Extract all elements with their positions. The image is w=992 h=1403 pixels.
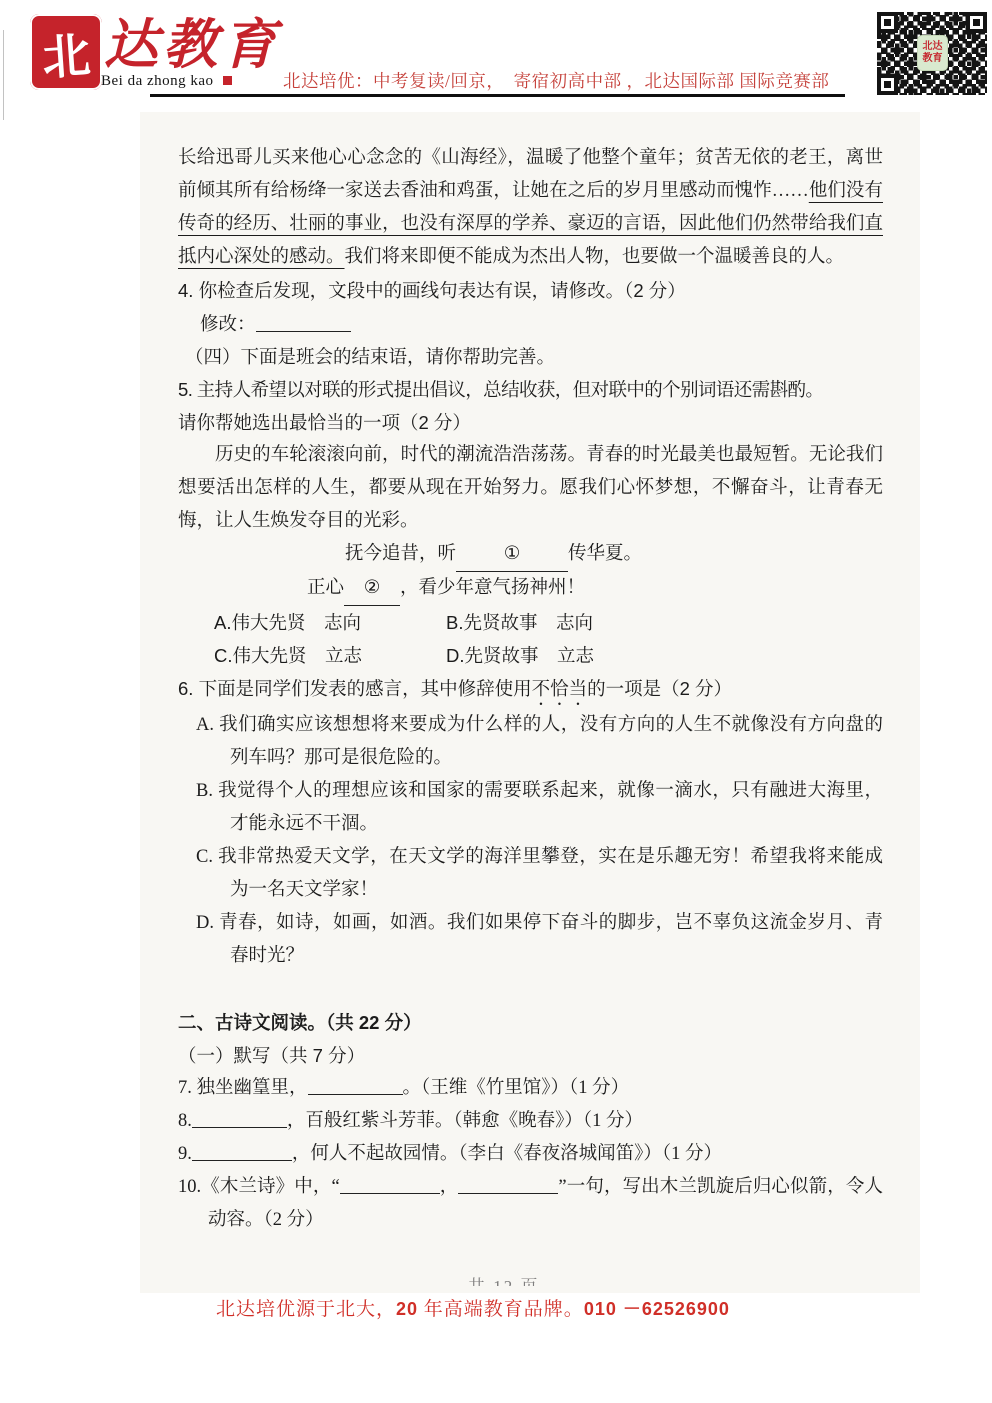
question-8: 8.，百般红紫斗芳菲。（韩愈《晚春》）（1 分） — [178, 1105, 883, 1138]
seal-char: 北 — [40, 16, 93, 88]
q6-stem-emphasis: 不恰当 — [532, 678, 588, 699]
question-5-options-row-2: C.伟大先贤 立志D.先贤故事 立志 — [178, 639, 883, 672]
footer-years: 20 — [396, 1299, 418, 1319]
question-6-option-a: A. 我们确实应该想想将来要成为什么样的人，没有方向的人生不就像没有方向盘的列车… — [178, 709, 883, 775]
q9-pre: 9. — [178, 1144, 192, 1164]
brand-name: 达教育 — [104, 2, 281, 79]
couplet2-post: ，看少年意气扬神州！ — [400, 578, 585, 598]
part-four-heading: （四）下面是班会的结束语，请你帮助完善。 — [178, 340, 883, 373]
couplet-line-1: 抚今追昔，听①传华夏。 — [178, 538, 883, 572]
couplet2-blank: ② — [344, 572, 400, 606]
header-divider — [150, 94, 845, 97]
question-9: 9.，何人不起故园情。（李白《春夜洛城闻笛》）（1 分） — [178, 1138, 883, 1171]
qr-finder-top-right — [966, 12, 987, 33]
q9-post: ，何人不起故园情。（李白《春夜洛城闻笛》）（1 分） — [292, 1144, 722, 1164]
brand-seal-icon: 北 — [30, 14, 102, 90]
question-6-option-b: B. 我觉得个人的理想应该和国家的需要联系起来，就像一滴水，只有融进大海里，才能… — [178, 775, 883, 841]
question-4-stem: 4. 你检查后发现，文段中的画线句表达有误，请修改。（2 分） — [178, 274, 883, 307]
couplet1-blank: ① — [456, 538, 568, 572]
couplet1-post: 传华夏。 — [568, 544, 642, 564]
question-6-stem: 6. 下面是同学们发表的感言，其中修辞使用不恰当的一项是（2 分） — [178, 672, 883, 709]
intro-post: 我们将来即便不能成为杰出人物，也要做一个温暖善良的人。 — [345, 247, 845, 267]
question-5-passage: 历史的车轮滚滚向前，时代的潮流浩浩荡荡。青春的时光最美也最短暂。无论我们想要活出… — [178, 439, 883, 538]
q8-blank — [192, 1113, 287, 1128]
scanned-exam-page: 北 达教育 Bei da zhong kao 北达培优：中考复读/回京， 寄宿初… — [0, 0, 992, 1403]
section-2-subtitle: （一）默写（共 7 分） — [178, 1039, 883, 1072]
intro-paragraph: 长给迅哥儿买来他心心念念的《山海经》，温暖了他整个童年；贫苦无依的老王，离世前倾… — [178, 142, 883, 274]
page-number-text: 共 12 页 — [468, 1277, 540, 1286]
header-slogan: 北达培优：中考复读/回京， 寄宿初高中部 ，北达国际部 国际竞赛部 — [283, 68, 829, 93]
footer-text-1: 北达培优源于北大， — [216, 1299, 396, 1320]
q6-stem-post: 的一项是（2 分） — [587, 678, 732, 699]
question-6-option-d: D. 青春，如诗，如画，如酒。我们如果停下奋斗的脚步，岂不辜负这流金岁月、青春时… — [178, 907, 883, 973]
q7-blank — [308, 1080, 403, 1095]
q7-pre: 7. 独坐幽篁里， — [178, 1078, 308, 1098]
option-d: D.先贤故事 立志 — [446, 645, 594, 666]
q10-blank-1 — [340, 1179, 440, 1194]
q9-blank — [192, 1146, 292, 1161]
option-c: C.伟大先贤 立志 — [214, 639, 446, 672]
section-2-title: 二、古诗文阅读。（共 22 分） — [178, 1006, 883, 1039]
red-square-icon — [223, 76, 232, 85]
option-a: A.伟大先贤 志向 — [214, 606, 446, 639]
q10-blank-2 — [458, 1179, 558, 1194]
qr-logo-line1: 北达 — [923, 41, 943, 53]
exam-scan-area: 长给迅哥儿买来他心心念念的《山海经》，温暖了他整个童年；贫苦无依的老王，离世前倾… — [140, 112, 920, 1293]
question-4-answer-line: 修改： — [178, 307, 883, 340]
scan-edge-line — [3, 30, 4, 120]
brand-subtext-label: Bei da zhong kao — [101, 73, 214, 89]
question-5-options-row-1: A.伟大先贤 志向B.先贤故事 志向 — [178, 606, 883, 639]
footer-text-2: 年高端教育品牌。 — [418, 1299, 584, 1320]
couplet-line-2: 正心②，看少年意气扬神州！ — [178, 572, 883, 606]
q8-post: ，百般红紫斗芳菲。（韩愈《晚春》）（1 分） — [287, 1111, 643, 1131]
qr-code-icon: 北达 教育 — [877, 12, 987, 95]
qr-finder-bottom-left — [877, 74, 898, 95]
page-number-fragment: 共 12 页 — [468, 1272, 540, 1286]
q8-pre: 8. — [178, 1111, 192, 1131]
option-b: B.先贤故事 志向 — [446, 612, 593, 633]
footer-phone: 010 －62526900 — [584, 1299, 730, 1319]
brand-subtext: Bei da zhong kao — [101, 73, 232, 90]
qr-center-logo: 北达 教育 — [917, 35, 948, 71]
exam-content: 长给迅哥儿买来他心心念念的《山海经》，温暖了他整个童年；贫苦无依的老王，离世前倾… — [140, 112, 920, 1237]
q10-mid: ， — [440, 1177, 459, 1197]
qr-finder-top-left — [877, 12, 898, 33]
answer-blank — [256, 317, 351, 332]
question-5-stem-line1: 5. 主持人希望以对联的形式提出倡议，总结收获，但对联中的个别词语还需斟酌。 — [178, 373, 883, 406]
intro-pre: 长给迅哥儿买来他心心念念的《山海经》，温暖了他整个童年；贫苦无依的老王，离世前倾… — [178, 148, 883, 201]
q10-pre: 10.《木兰诗》中，“ — [178, 1177, 340, 1197]
q6-stem-pre: 6. 下面是同学们发表的感言，其中修辞使用 — [178, 678, 532, 699]
question-5-stem-line2: 请你帮她选出最恰当的一项（2 分） — [178, 406, 883, 439]
footer-slogan: 北达培优源于北大，20 年高端教育品牌。010 －62526900 — [216, 1294, 730, 1321]
question-6-option-c: C. 我非常热爱天文学，在天文学的海洋里攀登，实在是乐趣无穷！希望我将来能成为一… — [178, 841, 883, 907]
couplet2-pre: 正心 — [307, 578, 344, 598]
question-10: 10.《木兰诗》中，“，”一句，写出木兰凯旋后归心似箭，令人动容。（2 分） — [178, 1171, 883, 1237]
question-7: 7. 独坐幽篁里，。（王维《竹里馆》）（1 分） — [178, 1072, 883, 1105]
q7-post: 。（王维《竹里馆》）（1 分） — [403, 1078, 630, 1098]
qr-logo-line2: 教育 — [923, 53, 943, 65]
answer-label: 修改： — [200, 313, 256, 334]
couplet1-pre: 抚今追昔，听 — [345, 544, 456, 564]
